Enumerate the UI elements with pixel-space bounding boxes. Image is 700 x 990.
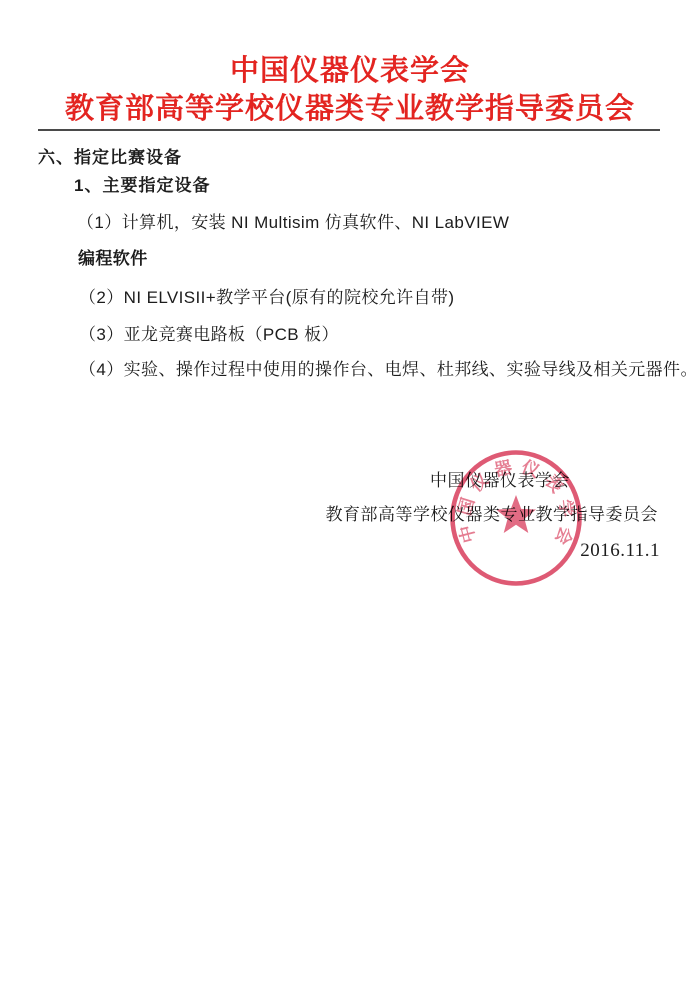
letterhead-org-line1: 中国仪器仪表学会 bbox=[0, 48, 700, 89]
body-item-4: （4）实验、操作过程中使用的操作台、电焊、杜邦线、实验导线及相关元器件。 bbox=[79, 355, 698, 380]
signature-date: 2016.11.1 bbox=[580, 540, 660, 562]
body-item-2: （2）NI ELVISII+教学平台(原有的院校允许自带) bbox=[79, 283, 454, 308]
document-page: 中国仪器仪表学会 教育部高等学校仪器类专业教学指导委员会 六、指定比赛设备 1、… bbox=[0, 0, 700, 990]
letterhead-rule bbox=[38, 129, 660, 131]
body-item-1: （1）计算机，安装 NI Multisim 仿真软件、NI LabVIEW bbox=[77, 208, 509, 233]
letterhead-org-line2: 教育部高等学校仪器类专业教学指导委员会 bbox=[0, 86, 700, 127]
body-item-1-continuation: 编程软件 bbox=[78, 244, 148, 269]
body-item-3: （3）亚龙竞赛电路板（PCB 板） bbox=[79, 320, 339, 345]
section-heading: 六、指定比赛设备 bbox=[38, 143, 182, 168]
subsection-heading: 1、主要指定设备 bbox=[74, 171, 210, 196]
official-seal: 中国仪器仪表学会 bbox=[447, 449, 585, 587]
seal-star-icon bbox=[496, 495, 536, 533]
